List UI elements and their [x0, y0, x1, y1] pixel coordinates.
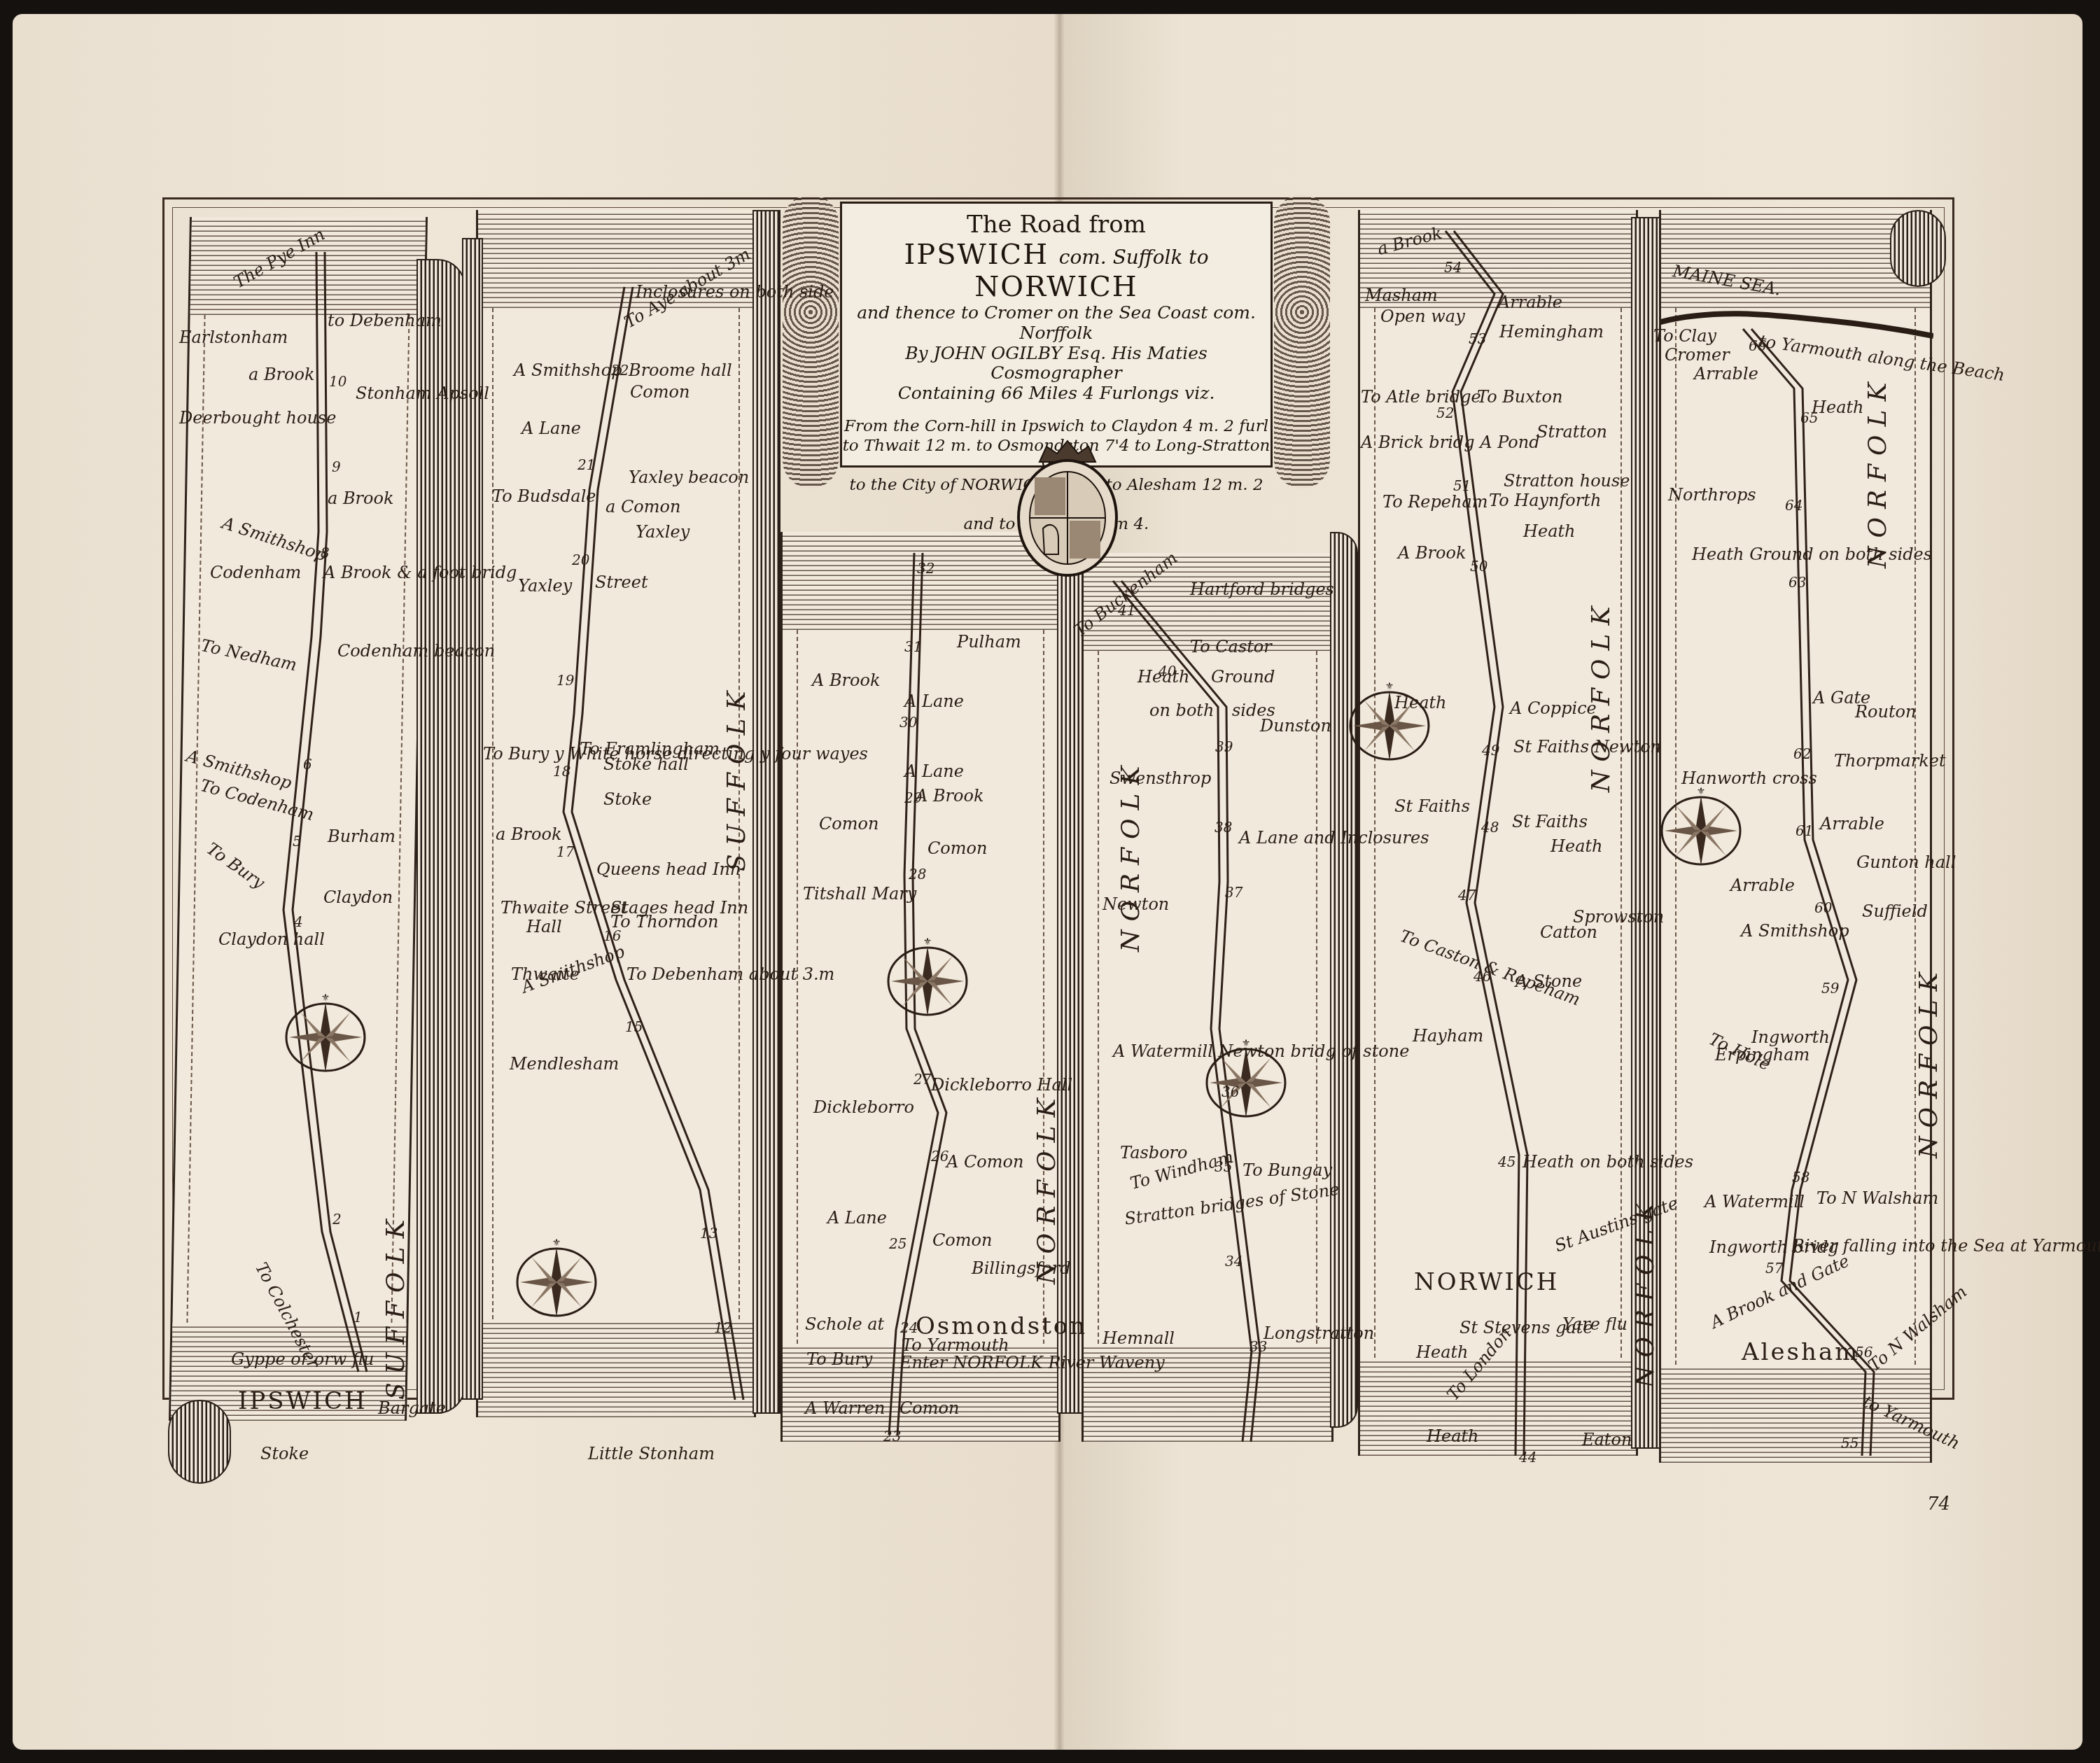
place-label: To Castor: [1190, 638, 1272, 655]
mile-marker: 66: [1749, 337, 1766, 354]
place-label: River falling into the Sea at Yarmouth: [1792, 1237, 2100, 1254]
place-label: Heath: [1416, 1344, 1469, 1361]
place-label: Dunston: [1260, 717, 1331, 734]
place-label: Comon: [927, 840, 987, 857]
place-label: Hanworth cross: [1681, 770, 1817, 787]
mile-marker: 22: [611, 362, 629, 379]
title-distance: Containing 66 Miles 4 Furlongs viz.: [842, 384, 1270, 404]
place-label: A Smithshop: [514, 362, 622, 379]
royal-arms-icon: [1008, 434, 1127, 581]
place-label: a Brook: [496, 826, 562, 843]
town-label: NORWICH: [1414, 1270, 1560, 1294]
title-line-1: The Road from: [842, 211, 1270, 239]
mile-marker: 48: [1481, 819, 1499, 836]
place-label: To Repeham: [1382, 493, 1488, 510]
place-label: a Comon: [605, 498, 680, 515]
place-label: St Faiths: [1394, 798, 1470, 815]
mile-marker: 49: [1482, 742, 1499, 759]
place-label: Catton: [1540, 924, 1597, 941]
place-label: Hemingham: [1499, 323, 1604, 340]
place-label: Street: [595, 574, 648, 591]
mile-marker: 63: [1788, 574, 1806, 591]
place-label: Stratton: [1536, 423, 1607, 440]
place-label: A Watermill Newton bridg of stone: [1113, 1043, 1409, 1060]
mile-marker: 12: [714, 1319, 731, 1336]
mile-marker: 41: [1118, 602, 1135, 619]
town-label: IPSWICH: [238, 1389, 367, 1413]
place-label: Gunton hall: [1856, 854, 1956, 871]
mile-marker: 9: [332, 458, 341, 475]
title-destination: NORWICH: [974, 271, 1137, 303]
place-label: A Comon: [946, 1153, 1023, 1170]
place-label: A Brook: [1398, 545, 1466, 561]
place-label: To Clay: [1653, 328, 1716, 344]
place-label: A Lane: [521, 420, 581, 437]
place-label: Eaton: [1582, 1431, 1632, 1448]
county-name: NORFOLK: [1917, 964, 1942, 1158]
compass-rose-icon: ⚜: [1659, 787, 1743, 871]
svg-text:⚜: ⚜: [923, 938, 932, 948]
svg-text:⚜: ⚜: [552, 1239, 561, 1249]
mile-marker: 53: [1469, 330, 1486, 347]
place-label: Earlstonham: [179, 329, 288, 346]
place-label: a Brook: [328, 490, 394, 507]
mile-marker: 10: [329, 373, 346, 390]
place-label: A Coppice: [1510, 700, 1597, 717]
compass-rose-icon: ⚜: [514, 1239, 598, 1323]
place-label: Queens head Inn: [596, 861, 741, 878]
mile-marker: 25: [889, 1235, 906, 1252]
place-label: on both: [1149, 702, 1214, 719]
mile-marker: 45: [1498, 1153, 1515, 1170]
place-label: to Debenham: [328, 312, 442, 329]
mile-marker: 27: [913, 1071, 931, 1088]
place-label: Stratton house: [1504, 472, 1630, 489]
compass-rose-icon: ⚜: [283, 994, 367, 1078]
place-label: Arrable: [1820, 815, 1884, 832]
place-label: A Watermill: [1704, 1193, 1805, 1210]
mile-marker: 21: [577, 456, 595, 473]
place-label: A Smithshop: [1741, 922, 1849, 939]
place-label: a Brook: [248, 366, 315, 383]
cartouche-scroll-ornament-right: [1274, 195, 1330, 489]
place-label: Enter NORFOLK River Waveny: [899, 1354, 1165, 1371]
mile-marker: 34: [1225, 1253, 1242, 1270]
mile-marker: 23: [883, 1428, 901, 1445]
mile-marker: 6: [303, 756, 312, 773]
mile-marker: 65: [1800, 409, 1818, 426]
mile-marker: 64: [1785, 497, 1802, 514]
mile-marker: 28: [909, 866, 926, 883]
place-label: To Bungay: [1242, 1162, 1332, 1179]
place-label: Bargate: [378, 1400, 446, 1417]
town-label: Osmondston: [916, 1314, 1087, 1338]
mile-marker: 18: [553, 763, 570, 780]
place-label: Hayham: [1413, 1027, 1483, 1044]
place-label: A Brook: [812, 672, 881, 689]
place-label: A Lane: [904, 693, 964, 710]
place-label: Burham: [328, 828, 395, 845]
place-label: Heath: [1427, 1428, 1479, 1445]
place-label: Deerbought house: [179, 409, 336, 426]
place-label: Ground: [1211, 668, 1275, 685]
itinerary-line: From the Corn-hill in Ipswich to Claydon…: [842, 416, 1270, 436]
place-label: Comon: [819, 815, 878, 832]
place-label: Thorpmarket: [1834, 752, 1946, 769]
place-label: A Brook & a foot bridg: [323, 564, 517, 581]
mile-marker: 57: [1765, 1260, 1783, 1277]
title-line-2: IPSWICH com. Suffolk to NORWICH: [842, 239, 1270, 303]
place-label: Heath: [1394, 694, 1447, 711]
place-label: Hartford bridges: [1190, 581, 1334, 598]
mile-marker: 29: [904, 789, 922, 806]
mile-marker: 44: [1519, 1449, 1536, 1466]
place-label: Stonham Apsoll: [356, 385, 489, 402]
mile-marker: 1: [353, 1309, 363, 1326]
mile-marker: 20: [572, 552, 589, 568]
place-label: Arrable: [1730, 877, 1795, 894]
place-label: Stoke hall: [603, 756, 689, 773]
mile-marker: 15: [625, 1018, 643, 1035]
place-label: Pulham: [957, 633, 1021, 650]
mile-marker: 59: [1821, 980, 1839, 997]
mile-marker: 19: [556, 672, 574, 689]
place-label: To Haynforth: [1489, 492, 1601, 509]
place-label: Comon: [932, 1232, 992, 1249]
place-label: A Lane: [827, 1209, 887, 1226]
mile-marker: 47: [1458, 887, 1476, 904]
mile-marker: 46: [1473, 968, 1491, 985]
mile-marker: 2: [332, 1211, 342, 1228]
place-label: Titshall Mary: [803, 885, 916, 902]
mile-marker: 17: [556, 843, 574, 860]
mile-marker: 52: [1436, 405, 1454, 421]
place-label: Yaxley: [636, 524, 689, 540]
mile-marker: 62: [1793, 745, 1811, 762]
place-label: Comon: [899, 1400, 959, 1417]
place-label: Dickleborro: [813, 1099, 914, 1116]
place-label: To Thorndon: [610, 913, 718, 930]
place-label: Thwaite Street: [500, 899, 627, 916]
place-label: Open way: [1380, 308, 1465, 325]
county-name: NORFOLK: [1035, 1090, 1060, 1284]
mile-marker: 61: [1795, 822, 1813, 839]
place-label: Claydon hall: [218, 931, 325, 948]
county-name: NORFOLK: [1119, 758, 1144, 952]
place-label: To Budsdale: [492, 488, 596, 505]
county-name: NORFOLK: [1589, 598, 1614, 792]
place-label: Yare flu: [1562, 1316, 1627, 1333]
place-label: Stoke: [260, 1445, 309, 1462]
place-label: To N Walsham: [1816, 1190, 1938, 1207]
place-label: Little Stonham: [588, 1445, 715, 1462]
mile-marker: 38: [1214, 819, 1232, 836]
place-label: Hall: [526, 918, 562, 935]
place-label: Routon: [1855, 703, 1917, 720]
place-label: A Warren: [805, 1400, 885, 1417]
place-label: Broome hall: [629, 362, 732, 379]
mile-marker: 31: [904, 638, 922, 655]
svg-text:⚜: ⚜: [321, 994, 330, 1004]
mile-marker: 60: [1814, 899, 1832, 916]
title-line-3: and thence to Cromer on the Sea Coast co…: [842, 303, 1270, 344]
mile-marker: 30: [899, 714, 917, 731]
mile-marker: 37: [1225, 884, 1242, 901]
svg-text:⚜: ⚜: [1697, 787, 1706, 797]
mile-marker: 32: [917, 560, 934, 577]
town-label: Alesham: [1742, 1340, 1859, 1364]
place-label: Stoke: [603, 791, 652, 808]
mile-marker: 58: [1792, 1169, 1809, 1186]
mile-marker: 4: [294, 913, 303, 930]
place-label: Hemnall: [1102, 1330, 1175, 1347]
mile-marker: 54: [1444, 259, 1462, 276]
place-label: A Brick bridg A Pond: [1361, 434, 1540, 451]
mile-marker: 55: [1841, 1435, 1858, 1452]
place-label: Ingworth: [1751, 1029, 1830, 1046]
place-label: To Debenham about 3.m: [626, 966, 834, 983]
compass-rose-icon: ⚜: [885, 938, 969, 1022]
mile-marker: 39: [1215, 738, 1233, 755]
mile-marker: 35: [1214, 1158, 1232, 1175]
mile-marker: 26: [931, 1148, 948, 1165]
place-label: Northrops: [1668, 486, 1756, 503]
place-label: Claydon: [323, 889, 393, 906]
place-label: Heath on both sides: [1522, 1153, 1693, 1170]
place-label: Comon: [630, 384, 689, 400]
place-label: Heath Ground on both sides: [1692, 546, 1932, 563]
place-label: Tasboro: [1120, 1144, 1188, 1161]
place-label: Yaxley: [518, 577, 572, 594]
mile-marker: 40: [1158, 663, 1176, 680]
place-label: Schole at: [805, 1316, 884, 1333]
county-name: NORFOLK: [1633, 1194, 1658, 1388]
place-label: St Faiths: [1512, 813, 1588, 830]
mile-marker: 50: [1470, 558, 1487, 575]
place-label: A Lane and Inclosures: [1239, 829, 1429, 846]
place-label: Masham: [1365, 287, 1438, 304]
mile-marker: 33: [1249, 1338, 1267, 1355]
place-label: Longstratton: [1263, 1325, 1374, 1342]
mile-marker: 36: [1221, 1083, 1239, 1100]
place-label: Cromer: [1665, 346, 1730, 363]
place-label: Heath: [1523, 523, 1576, 540]
cartouche-scroll-ornament-left: [783, 195, 839, 489]
place-label: To Buxton: [1477, 388, 1562, 405]
place-label: Suffield: [1862, 903, 1928, 920]
place-label: Heath: [1550, 838, 1603, 855]
place-label: Arrable: [1694, 365, 1758, 382]
title-author: By JOHN OGILBY Esq. His Maties Cosmograp…: [842, 344, 1270, 384]
place-label: Arrable: [1498, 294, 1562, 311]
place-label: Heath: [1812, 399, 1864, 416]
place-label: Codenham beacon: [337, 642, 495, 659]
place-label: Codenham: [210, 564, 301, 581]
place-label: Yaxley beacon: [629, 469, 749, 486]
place-label: A Stone: [1515, 973, 1582, 990]
place-label: To Atle bridge: [1361, 388, 1481, 405]
mile-marker: 8: [321, 545, 330, 561]
page-number: 74: [1927, 1494, 1950, 1515]
place-label: A Brook: [916, 787, 984, 804]
county-name: SUFFOLK: [384, 1211, 409, 1400]
mile-marker: 5: [293, 833, 302, 850]
place-label: Gyppe or orw flu: [231, 1351, 374, 1368]
mile-marker: 16: [603, 927, 621, 944]
title-box: The Road from IPSWICH com. Suffolk to NO…: [840, 202, 1273, 468]
mile-marker: 13: [700, 1225, 717, 1242]
county-name: NORFOLK: [1865, 374, 1891, 568]
place-label: A Lane: [904, 763, 964, 780]
title-origin: IPSWICH: [904, 239, 1049, 271]
mile-marker: 51: [1453, 477, 1471, 494]
county-name: SUFFOLK: [724, 683, 750, 871]
place-label: Mendlesham: [510, 1055, 619, 1072]
place-label: To Bury: [806, 1351, 872, 1368]
svg-text:⚜: ⚜: [1385, 682, 1394, 692]
title-connector: com. Suffolk to: [1059, 246, 1209, 269]
